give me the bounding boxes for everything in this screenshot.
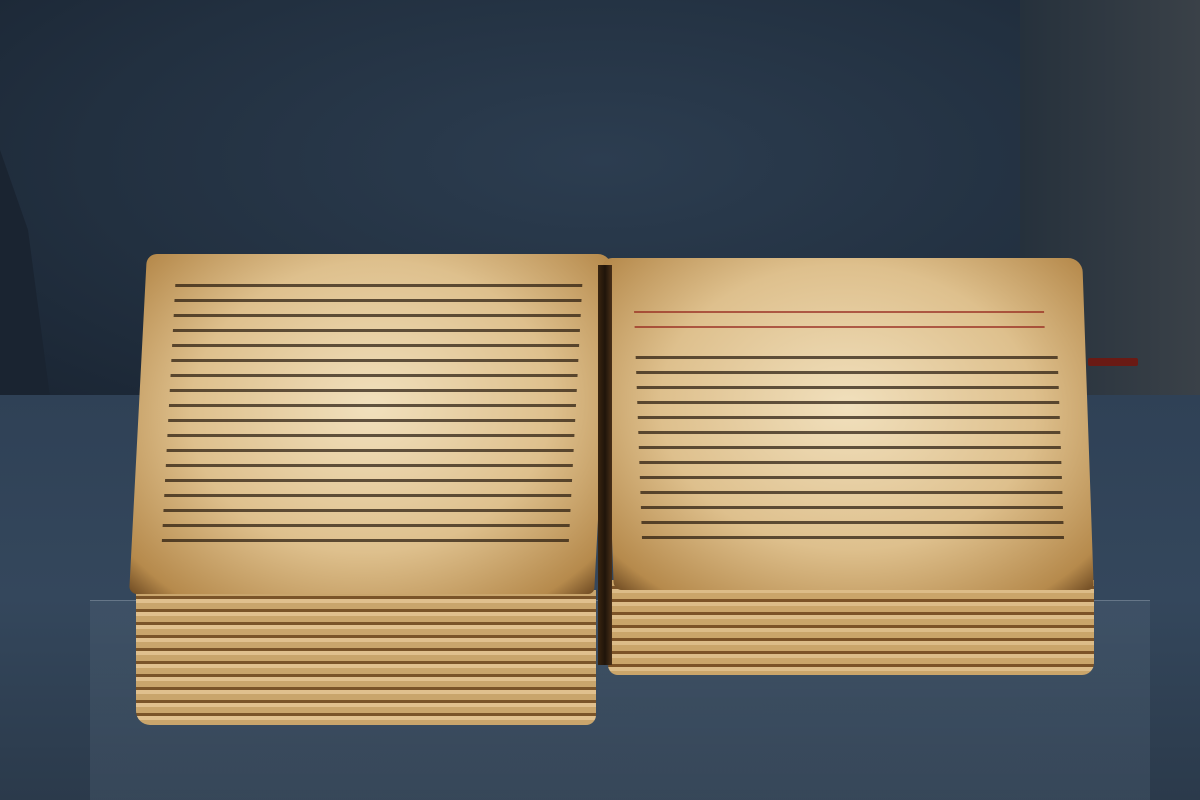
left-page-text <box>161 276 583 554</box>
manuscript <box>130 250 1100 730</box>
book-gutter <box>598 265 612 665</box>
right-page <box>602 258 1094 590</box>
left-page-stack <box>136 590 596 725</box>
right-page-text <box>635 348 1064 550</box>
right-page-stack <box>608 580 1094 675</box>
rubric-heading <box>634 303 1045 333</box>
left-page <box>129 254 612 594</box>
ribbon-marker <box>1088 358 1138 366</box>
